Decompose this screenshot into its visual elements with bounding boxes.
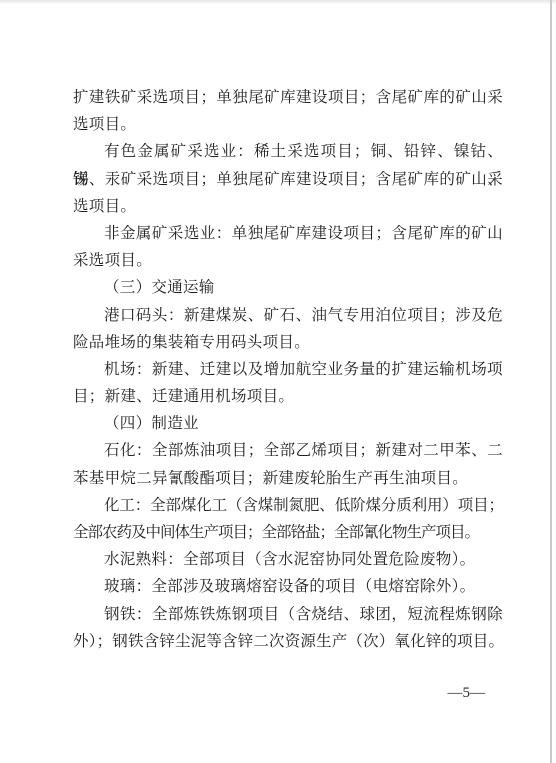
page-top-edge	[0, 0, 556, 4]
section-heading-manufacturing: （四）制造业	[73, 410, 503, 437]
text-line: 非金属矿采选业：单独尾矿库建设项目；含尾矿库的矿山	[73, 220, 503, 247]
page-number: —5—	[448, 685, 486, 702]
text-line: 外）；钢铁含锌尘泥等含锌二次资源生产（次）氧化锌的项目。	[73, 628, 503, 655]
text-line: 钢铁：全部炼铁炼钢项目（含烧结、球团，短流程炼钢除	[73, 601, 503, 628]
text-line: 机场：新建、迁建以及增加航空业务量的扩建运输机场项	[73, 356, 503, 383]
text-line: 港口码头：新建煤炭、矿石、油气专用泊位项目；涉及危	[73, 302, 503, 329]
text-line: 目；新建、迁建通用机场项目。	[73, 383, 503, 410]
page-right-edge	[550, 0, 552, 763]
text-line: 有色金属矿采选业：稀土采选项目；铜、铅锌、镍钴、锡、	[73, 138, 503, 165]
text-line: 水泥熟料：全部项目（含水泥窑协同处置危险废物）。	[73, 546, 503, 573]
text-line: 玻璃：全部涉及玻璃熔窑设备的项目（电熔窑除外）。	[73, 573, 503, 600]
text-line: 全部农药及中间体生产项目；全部铬盐；全部氰化物生产项目。	[73, 519, 503, 546]
text-line: 苯基甲烷二异氰酸酯项目；新建废轮胎生产再生油项目。	[73, 465, 503, 492]
document-body: 扩建铁矿采选项目；单独尾矿库建设项目；含尾矿库的矿山采 选项目。 有色金属矿采选…	[73, 84, 503, 655]
text-line: 采选项目。	[73, 247, 503, 274]
text-line: 石化：全部炼油项目；全部乙烯项目；新建对二甲苯、二	[73, 437, 503, 464]
text-line: 扩建铁矿采选项目；单独尾矿库建设项目；含尾矿库的矿山采	[73, 84, 503, 111]
document-page: { "page": { "background_color": "#ffffff…	[0, 0, 556, 763]
text-line: 化工：全部煤化工（含煤制氮肥、低阶煤分质利用）项目；	[73, 492, 503, 519]
text-line: 锑、汞矿采选项目；单独尾矿库建设项目；含尾矿库的矿山采	[73, 166, 503, 193]
text-line: 选项目。	[73, 193, 503, 220]
section-heading-transport: （三）交通运输	[73, 274, 503, 301]
text-line: 选项目。	[73, 111, 503, 138]
text-line: 险品堆场的集装箱专用码头项目。	[73, 329, 503, 356]
